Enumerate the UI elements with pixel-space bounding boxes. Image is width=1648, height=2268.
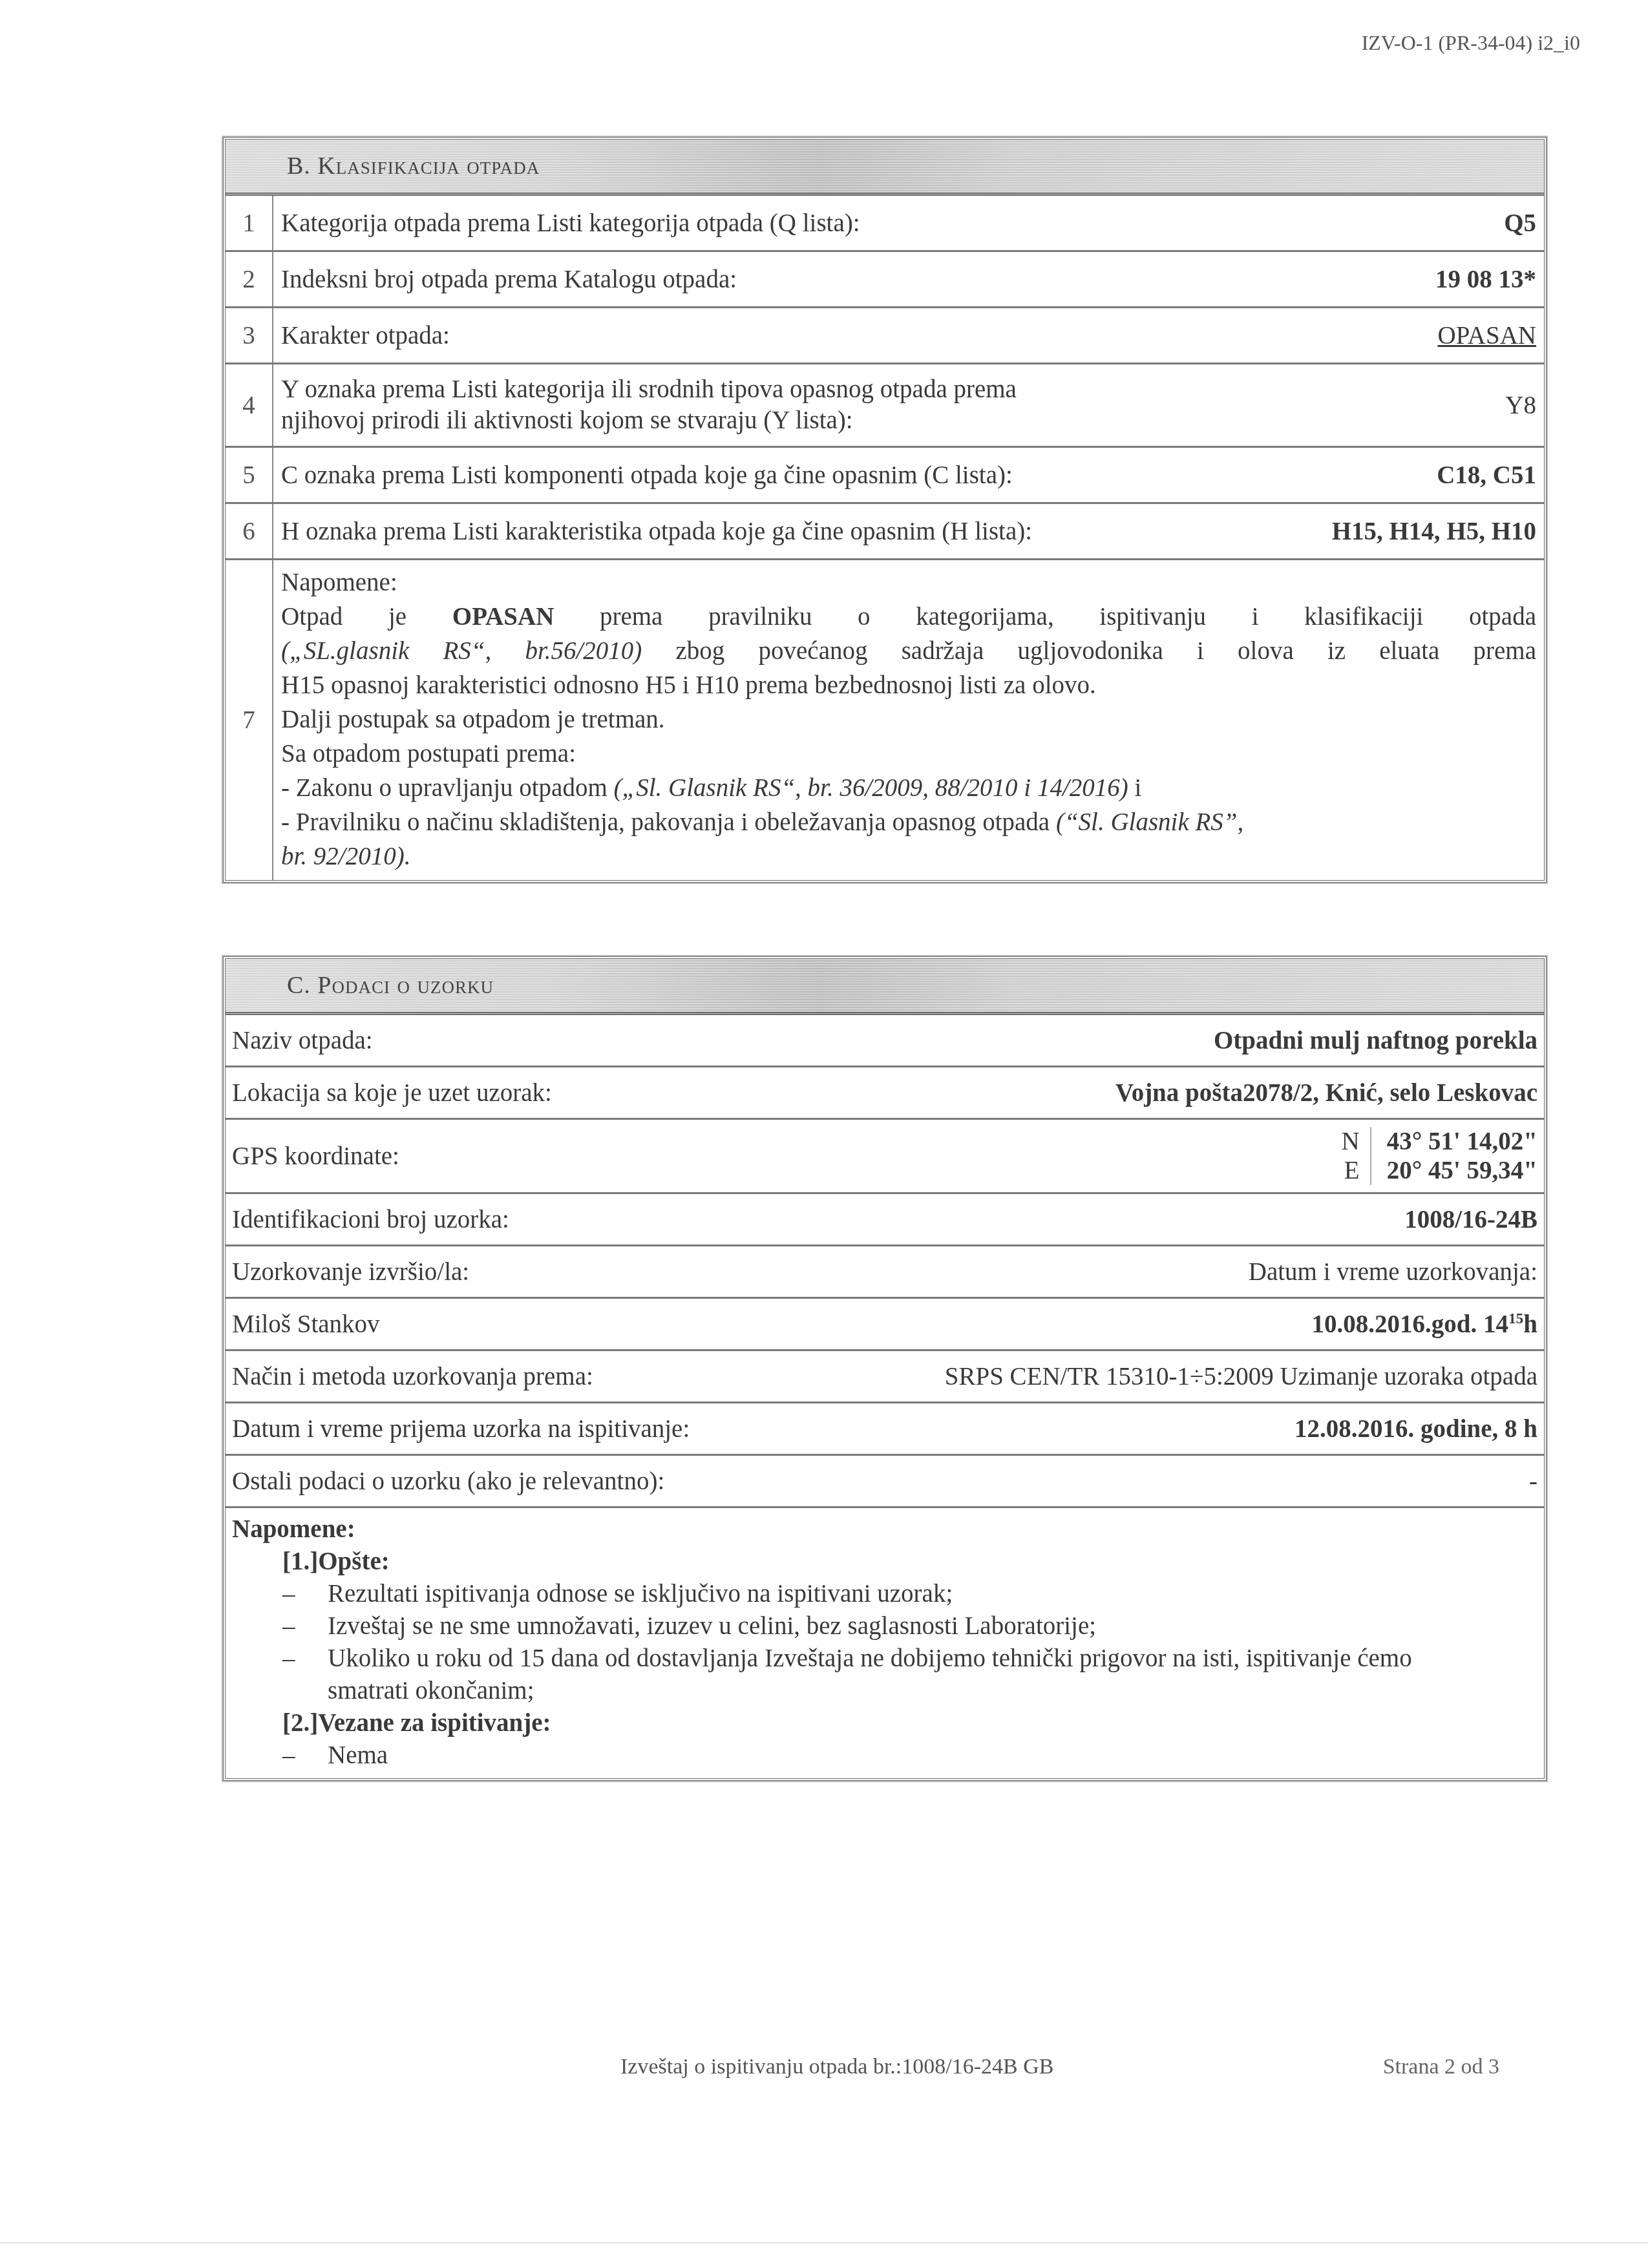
footer-report-number: Izveštaj o ispitivanju otpada br.:1008/1… xyxy=(620,2055,1053,2079)
table-row: 4 Y oznaka prema Listi kategorija ili sr… xyxy=(226,364,1544,447)
table-row: GPS koordinate: N 43° 51' 14,02" E 20° 4… xyxy=(226,1119,1544,1193)
dash-bullet: – xyxy=(282,1643,328,1707)
row-label: Karakter otpada: xyxy=(273,308,1263,364)
text: i xyxy=(1128,774,1142,802)
row-label: H oznaka prema Listi karakteristika otpa… xyxy=(273,503,1263,560)
section-b-title: B. Klasifikacija otpada xyxy=(287,152,540,180)
page-number: Strana 2 od 3 xyxy=(1383,2055,1499,2079)
index-number-value: 19 08 13* xyxy=(1263,251,1544,308)
section-sample-data: C. Podaci o uzorku Naziv otpada: Otpadni… xyxy=(223,956,1547,1781)
citation: (“Sl. Glasnik RS”, xyxy=(1056,808,1243,836)
classification-table: 1 Kategorija otpada prema Listi kategori… xyxy=(226,196,1544,880)
location-value: Vojna pošta2078/2, Knić, selo Leskovac xyxy=(802,1067,1544,1119)
sampling-datetime-label: Datum i vreme uzorkovanja: xyxy=(802,1246,1544,1298)
document-code: IZV-O-1 (PR-34-04) i2_i0 xyxy=(1362,31,1580,55)
text: - Pravilniku o načinu skladištenja, pako… xyxy=(281,808,1056,836)
table-row: 3 Karakter otpada: OPASAN xyxy=(226,308,1544,364)
gps-north-value: 43° 51' 14,02" xyxy=(1371,1127,1537,1156)
list-item: –Rezultati ispitivanja odnose se isključ… xyxy=(232,1578,1537,1610)
notes-paragraph: („SL.glasnik RS“, br.56/2010) zbog poveć… xyxy=(281,634,1536,668)
table-row: Način i metoda uzorkovanja prema: SRPS C… xyxy=(226,1350,1544,1403)
gps-east-label: E xyxy=(1341,1156,1371,1185)
q-list-value: Q5 xyxy=(1263,196,1544,251)
text: Otpad je xyxy=(281,603,452,631)
table-row: 6 H oznaka prema Listi karakteristika ot… xyxy=(226,503,1544,560)
section-c-title: C. Podaci o uzorku xyxy=(287,971,494,1000)
sampling-minutes: 15 xyxy=(1508,1310,1523,1327)
notes-heading: Napomene: xyxy=(281,565,1536,600)
citation: („Sl. Glasnik RS“, br. 36/2009, 88/2010 … xyxy=(613,774,1128,802)
sampler-name: Miloš Stankov xyxy=(226,1298,802,1350)
location-label: Lokacija sa koje je uzet uzorak: xyxy=(226,1067,802,1119)
waste-name-value: Otpadni mulj naftnog porekla xyxy=(802,1015,1544,1067)
dash-bullet: – xyxy=(282,1578,328,1610)
row-number: 6 xyxy=(226,503,273,560)
classification-notes: Napomene: Otpad je OPASAN prema pravilni… xyxy=(273,560,1544,881)
table-row: Datum i vreme prijema uzorka na ispitiva… xyxy=(226,1403,1544,1455)
sample-id-value: 1008/16-24B xyxy=(802,1193,1544,1246)
general-notes-heading: [1.]Opšte: xyxy=(232,1546,1537,1578)
row-number: 5 xyxy=(226,447,273,503)
table-row: Identifikacioni broj uzorka: 1008/16-24B xyxy=(226,1193,1544,1246)
row-label: Kategorija otpada prema Listi kategorija… xyxy=(273,196,1263,251)
note-text: Ukoliko u roku od 15 dana od dostavljanj… xyxy=(328,1643,1478,1707)
table-row: Naziv otpada: Otpadni mulj naftnog porek… xyxy=(226,1015,1544,1067)
c-list-value: C18, C51 xyxy=(1263,447,1544,503)
row-number: 4 xyxy=(226,364,273,447)
row-number: 1 xyxy=(226,196,273,251)
sample-notes: Napomene: [1.]Opšte: –Rezultati ispitiva… xyxy=(226,1507,1544,1779)
sampler-label: Uzorkovanje izvršio/la: xyxy=(226,1246,802,1298)
h-list-value: H15, H14, H5, H10 xyxy=(1263,503,1544,560)
hazard-emphasis: OPASAN xyxy=(452,603,554,631)
table-row: Lokacija sa koje je uzet uzorak: Vojna p… xyxy=(226,1067,1544,1119)
law-reference: - Pravilniku o načinu skladištenja, pako… xyxy=(281,805,1536,839)
method-label: Način i metoda uzorkovanja prema: xyxy=(226,1350,802,1403)
table-row: 7 Napomene: Otpad je OPASAN prema pravil… xyxy=(226,560,1544,881)
notes-paragraph: H15 opasnoj karakteristici odnosno H5 i … xyxy=(281,668,1536,702)
note-text: Nema xyxy=(328,1739,388,1772)
table-row: Uzorkovanje izvršio/la: Datum i vreme uz… xyxy=(226,1246,1544,1298)
section-c-header: C. Podaci o uzorku xyxy=(226,959,1544,1015)
note-text: Rezultati ispitivanja odnose se isključi… xyxy=(328,1578,953,1610)
text: zbog povećanog sadržaja ugljovodonika i … xyxy=(642,637,1536,665)
dash-bullet: – xyxy=(282,1739,328,1772)
waste-name-label: Naziv otpada: xyxy=(226,1015,802,1067)
section-waste-classification: B. Klasifikacija otpada 1 Kategorija otp… xyxy=(223,137,1547,883)
text: prema pravilniku o kategorijama, ispitiv… xyxy=(554,603,1536,631)
row-label: C oznaka prema Listi komponenti otpada k… xyxy=(273,447,1263,503)
row-label-line: Y oznaka prema Listi kategorija ili srod… xyxy=(281,374,1256,405)
notes-paragraph: Sa otpadom postupati prema: xyxy=(281,737,1536,771)
table-row: Miloš Stankov 10.08.2016.god. 1415h xyxy=(226,1298,1544,1350)
notes-paragraph: Otpad je OPASAN prema pravilniku o kateg… xyxy=(281,600,1536,634)
sampling-datetime-value: 10.08.2016.god. 1415h xyxy=(802,1298,1544,1350)
row-number: 2 xyxy=(226,251,273,308)
row-label: Y oznaka prema Listi kategorija ili srod… xyxy=(273,364,1263,447)
gps-north-label: N xyxy=(1341,1127,1371,1156)
section-b-header: B. Klasifikacija otpada xyxy=(226,140,1544,196)
notes-paragraph: Dalji postupak sa otpadom je tretman. xyxy=(281,702,1536,737)
time-unit: h xyxy=(1523,1310,1537,1338)
receipt-label: Datum i vreme prijema uzorka na ispitiva… xyxy=(226,1403,802,1455)
sample-data-table: Naziv otpada: Otpadni mulj naftnog porek… xyxy=(226,1015,1544,1778)
row-number: 7 xyxy=(226,560,273,881)
notes-heading: Napomene: xyxy=(232,1513,1537,1546)
note-text: Izveštaj se ne sme umnožavati, izuzev u … xyxy=(328,1610,1096,1643)
gps-coordinates: N 43° 51' 14,02" E 20° 45' 59,34" xyxy=(802,1119,1544,1193)
y-list-value: Y8 xyxy=(1263,364,1544,447)
law-reference: - Zakonu o upravljanju otpadom („Sl. Gla… xyxy=(281,771,1536,805)
text: - Zakonu o upravljanju otpadom xyxy=(281,774,613,802)
other-data-value: - xyxy=(802,1455,1544,1507)
table-row: Ostali podaci o uzorku (ako je relevantn… xyxy=(226,1455,1544,1507)
citation: br. 92/2010). xyxy=(281,839,1536,874)
gps-east-value: 20° 45' 59,34" xyxy=(1371,1156,1537,1185)
list-item: –Ukoliko u roku od 15 dana od dostavljan… xyxy=(232,1643,1537,1707)
list-item: –Izveštaj se ne sme umnožavati, izuzev u… xyxy=(232,1610,1537,1643)
row-label: Indeksni broj otpada prema Katalogu otpa… xyxy=(273,251,1263,308)
test-notes-heading: [2.]Vezane za ispitivanje: xyxy=(232,1707,1537,1739)
gps-label: GPS koordinate: xyxy=(226,1119,802,1193)
waste-character-value: OPASAN xyxy=(1263,308,1544,364)
table-row: 1 Kategorija otpada prema Listi kategori… xyxy=(226,196,1544,251)
method-value: SRPS CEN/TR 15310-1÷5:2009 Uzimanje uzor… xyxy=(802,1350,1544,1403)
table-row: 2 Indeksni broj otpada prema Katalogu ot… xyxy=(226,251,1544,308)
receipt-value: 12.08.2016. godine, 8 h xyxy=(802,1403,1544,1455)
other-data-label: Ostali podaci o uzorku (ako je relevantn… xyxy=(226,1455,802,1507)
sampling-date: 10.08.2016.god. 14 xyxy=(1311,1310,1508,1338)
citation: („SL.glasnik RS“, br.56/2010) xyxy=(281,637,642,665)
row-number: 3 xyxy=(226,308,273,364)
sample-id-label: Identifikacioni broj uzorka: xyxy=(226,1193,802,1246)
scan-edge-line xyxy=(0,2242,1648,2243)
table-row: Napomene: [1.]Opšte: –Rezultati ispitiva… xyxy=(226,1507,1544,1779)
dash-bullet: – xyxy=(282,1610,328,1643)
row-label-line: njihovoj prirodi ili aktivnosti kojom se… xyxy=(281,405,1256,436)
table-row: 5 C oznaka prema Listi komponenti otpada… xyxy=(226,447,1544,503)
list-item: –Nema xyxy=(232,1739,1537,1772)
